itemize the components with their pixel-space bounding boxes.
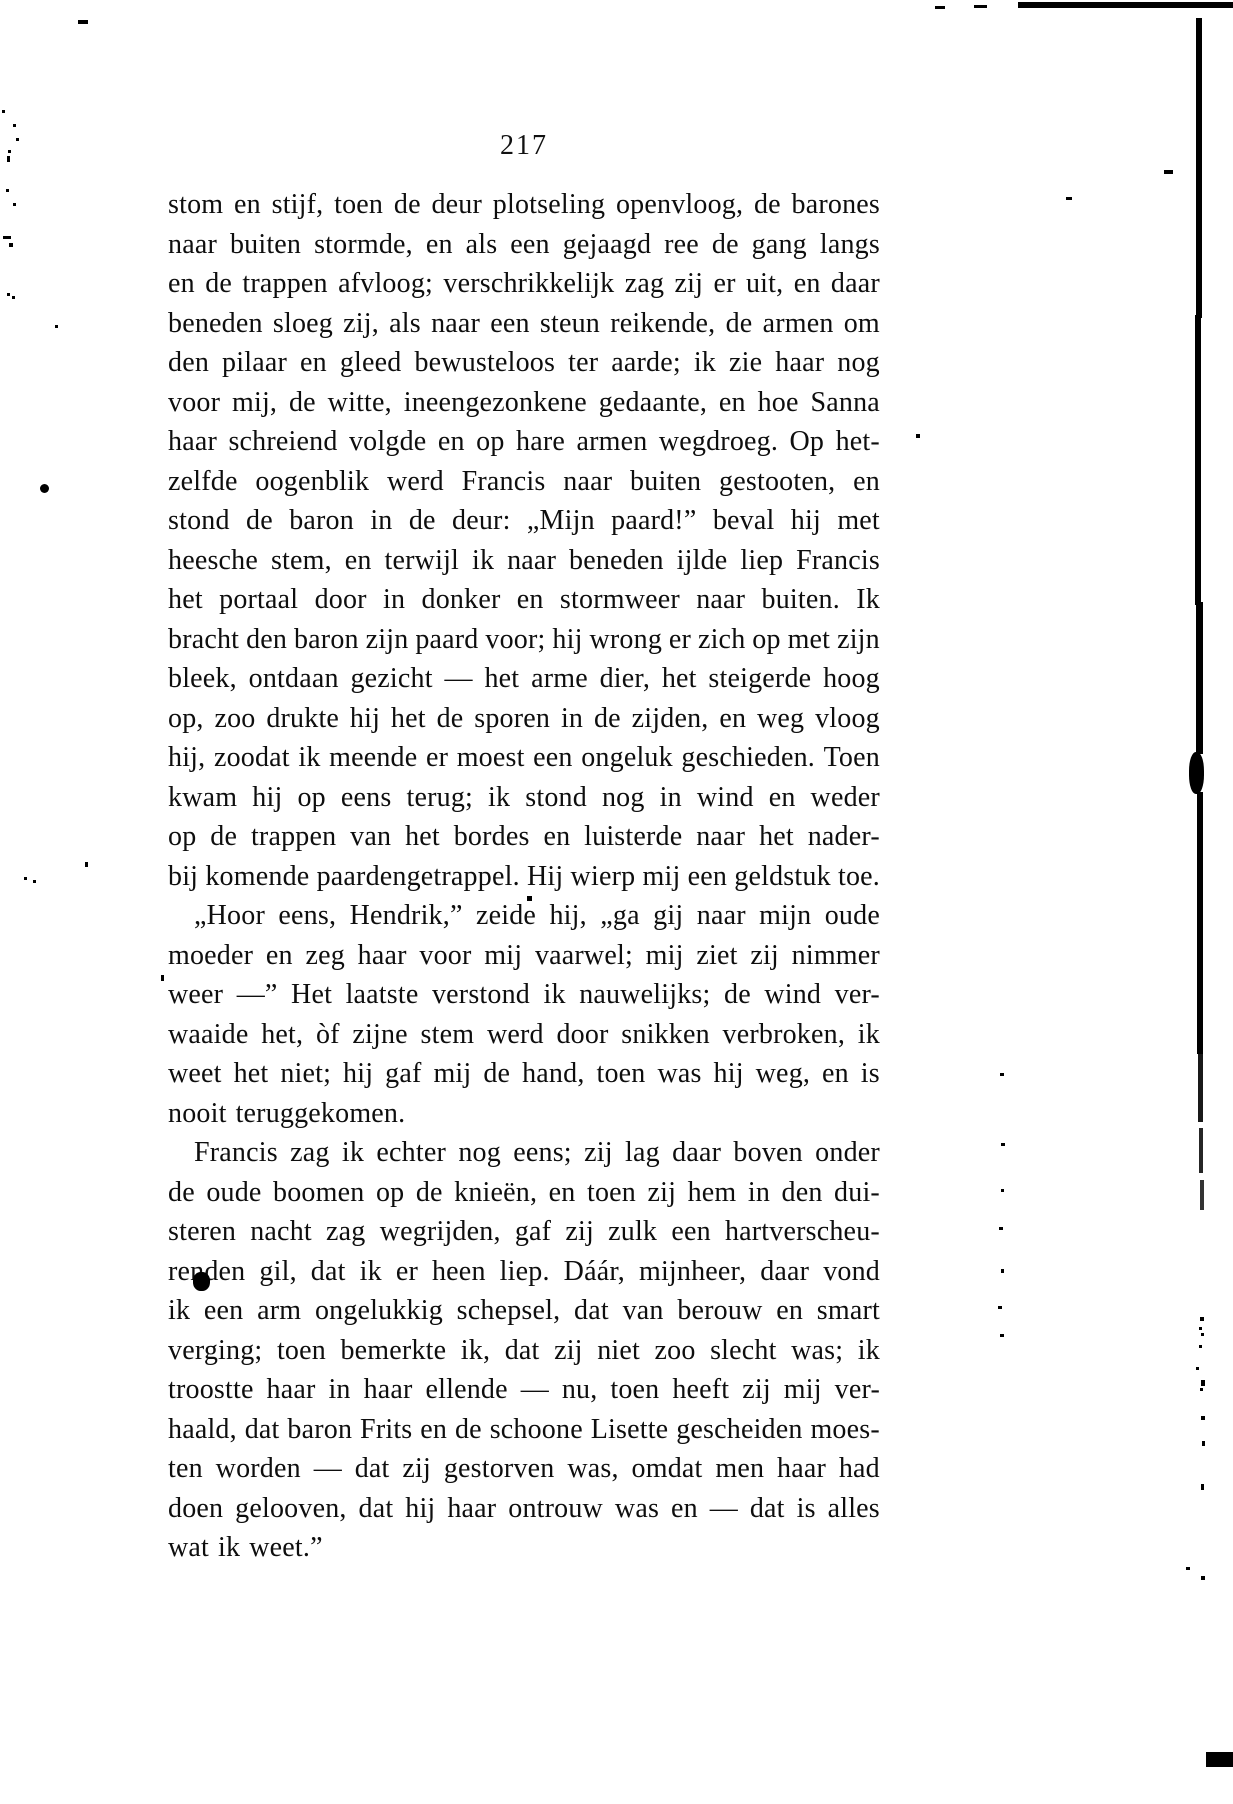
noise-speck [78,20,88,24]
text-line: Franciszagikechternogeens;zijlagdaarbove… [168,1137,880,1177]
scan-binding-line [1199,1128,1203,1173]
text-line: sterennachtzagwegrijden,gafzijzulkeenhar… [168,1216,880,1256]
noise-dot [40,484,49,493]
noise-speck [1000,1334,1004,1337]
text-line: benedensloegzij,alsnaareensteunreikende,… [168,308,880,348]
noise-speck [1001,1143,1005,1146]
noise-speck [24,877,27,880]
noise-speck [1001,1189,1004,1192]
noise-speck [527,896,532,901]
text-line: naarbuitenstormde,enalseengejaagdreedega… [168,229,880,269]
noise-speck [12,296,15,299]
scan-binding-line [1197,792,1203,1054]
noise-speck [3,236,11,239]
text-line: weethetniet;hijgafmijdehand,toenwashijwe… [168,1058,880,1098]
noise-speck [1001,1269,1004,1273]
noise-speck [13,124,16,127]
scan-edge-top-line [1018,2,1233,8]
noise-speck [1200,1388,1203,1391]
page-number: 217 [168,130,880,162]
scan-binding-line [1196,602,1203,754]
noise-speck [161,975,164,981]
text-line: voormij,dewitte,ineengezonkenegedaante,e… [168,387,880,427]
scan-binding-line [1195,315,1201,605]
text-line: verging;toenbemerkteik,datzijnietzooslec… [168,1335,880,1375]
noise-speck [1201,1484,1204,1490]
text-line: hij,zoodatikmeendeermoesteenongelukgesch… [168,742,880,782]
noise-speck [1201,1576,1205,1580]
text-line: weer—”Hetlaatsteverstondiknauwelijks;dew… [168,979,880,1019]
text-line: bleek,ontdaangezicht—hetarmedier,hetstei… [168,663,880,703]
text-line: nooitteruggekomen. [168,1098,880,1138]
text-line: rendengil,datikerheenliep.Dáár,mijnheer,… [168,1256,880,1296]
text-line: waaidehet,òfzijnestemwerddoorsnikkenverb… [168,1019,880,1059]
noise-speck [9,243,13,247]
noise-speck [7,156,10,162]
noise-speck [1186,1567,1190,1570]
noise-speck [1199,1345,1202,1348]
scan-binding-blot [1189,752,1204,794]
noise-speck [998,1306,1002,1309]
text-line: op,zoodruktehijhetdesporenindezijden,enw… [168,703,880,743]
noise-speck [974,5,987,8]
text-line: hetportaaldoorindonkerenstormweernaarbui… [168,584,880,624]
text-line: kwamhijopeensterug;ikstondnoginwindenwed… [168,782,880,822]
noise-speck [916,434,920,438]
noise-speck [1201,1380,1205,1386]
noise-speck [935,6,945,9]
text-line: ikeenarmongelukkigschepsel,datvanberouwe… [168,1295,880,1335]
text-line: troosttehaarinhaarellende—nu,toenheeftzi… [168,1374,880,1414]
noise-speck [1201,1416,1205,1420]
noise-speck [999,1227,1003,1230]
noise-speck [33,880,36,883]
noise-speck [8,150,11,153]
noise-speck [1066,197,1072,200]
text-line: watikweet.” [168,1532,880,1572]
scan-binding-line [1198,1052,1203,1122]
noise-speck [1196,1367,1199,1370]
scan-binding-line [1196,18,1202,318]
noise-speck [1201,1333,1204,1336]
text-line: haald,datbaronFritsendeschooneLisetteges… [168,1414,880,1454]
noise-speck [55,325,58,328]
noise-speck [1200,1317,1204,1321]
noise-speck [1164,170,1173,174]
noise-speck [2,110,5,113]
noise-speck [16,138,19,141]
text-line: doengelooven,dathijhaarontrouwwasen—dati… [168,1493,880,1533]
text-line: endetrappenafvloog;verschrikkelijkzagzij… [168,268,880,308]
ink-blot [193,1272,210,1291]
noise-speck [1202,1441,1205,1446]
page-text: stomenstijf,toendedeurplotselingopenvloo… [168,189,880,1572]
text-line: stonddebaronindedeur:„Mijnpaard!”bevalhi… [168,505,880,545]
text-line: heeschestem,enterwijliknaarbenedenijldel… [168,545,880,585]
noise-speck [7,293,10,296]
scan-corner-bar [1206,1752,1233,1767]
noise-speck [6,189,9,192]
text-line: haarschreiendvolgdeenopharearmenwegdroeg… [168,426,880,466]
noise-speck [13,203,16,206]
text-line: brachtdenbaronzijnpaardvoor;hijwrongerzi… [168,624,880,664]
scan-binding-line [1200,1180,1204,1210]
noise-speck [1199,1327,1202,1330]
noise-speck [85,862,88,867]
book-page: 217 stomenstijf,toendedeurplotselingopen… [0,0,1233,1804]
text-line: stomenstijf,toendedeurplotselingopenvloo… [168,189,880,229]
text-line: deoudeboomenopdeknieën,entoenzijheminden… [168,1177,880,1217]
text-line: tenworden—datzijgestorvenwas,omdatmenhaa… [168,1453,880,1493]
text-line: bijkomendepaardengetrappel.Hijwierpmijee… [168,861,880,901]
noise-speck [1000,1073,1004,1076]
text-line: denpilaarengleedbewusteloosteraarde;ikzi… [168,347,880,387]
text-line: opdetrappenvanhetbordesenluisterdenaarhe… [168,821,880,861]
text-line: zelfdeoogenblikwerdFrancisnaarbuitengest… [168,466,880,506]
text-line: „Hooreens,Hendrik,”zeidehij,„gagijnaarmi… [168,900,880,940]
text-line: moederenzeghaarvoormijvaarwel;mijzietzij… [168,940,880,980]
